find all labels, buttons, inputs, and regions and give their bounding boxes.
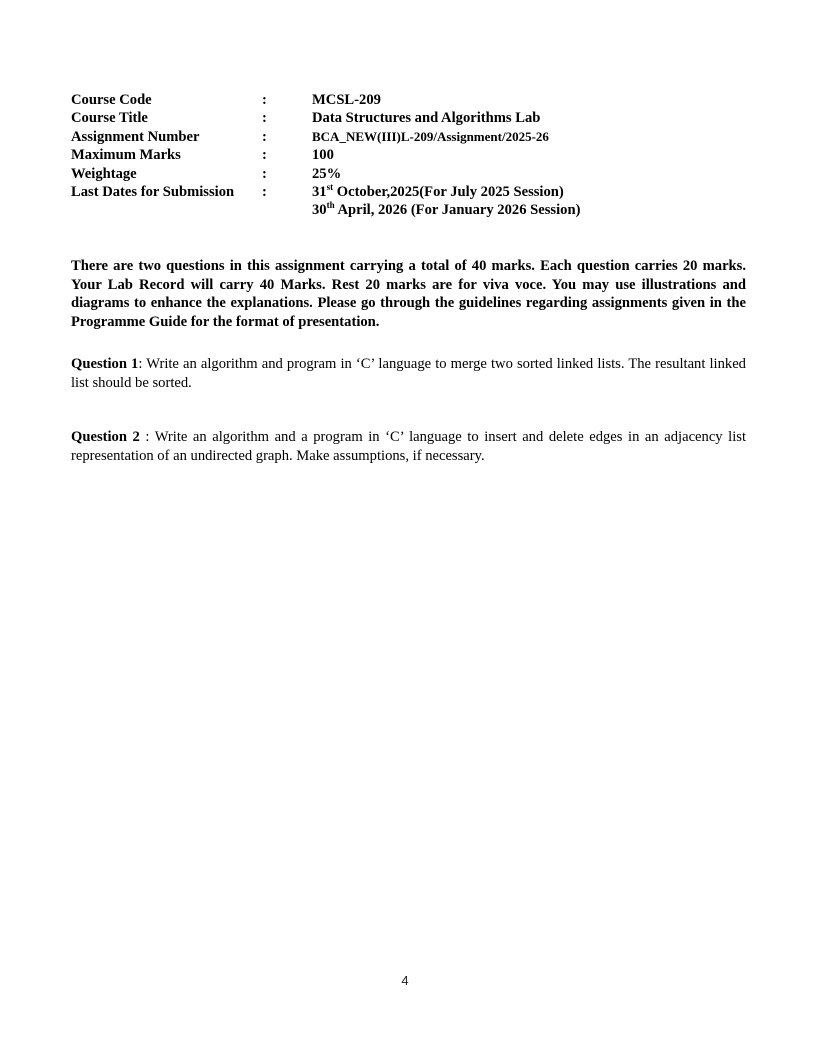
colon: : [262, 146, 267, 164]
assignment-number-label: Assignment Number [71, 128, 200, 146]
course-title-value: Data Structures and Algorithms Lab [312, 109, 540, 127]
colon: : [262, 165, 267, 183]
course-title-label: Course Title [71, 109, 148, 127]
submission-date-january: 30th April, 2026 (For January 2026 Sessi… [312, 201, 580, 219]
date-suffix: th [327, 200, 335, 210]
assignment-instructions: There are two questions in this assignme… [71, 257, 746, 331]
colon: : [262, 128, 267, 146]
question-1-label: Question 1 [71, 356, 138, 372]
course-code-label: Course Code [71, 91, 152, 109]
date-text: April, 2026 (For January 2026 Session) [335, 202, 581, 218]
maximum-marks-value: 100 [312, 146, 334, 164]
question-1: Question 1: Write an algorithm and progr… [71, 355, 746, 392]
weightage-label: Weightage [71, 165, 137, 183]
assignment-number-value: BCA_NEW(III)L-209/Assignment/2025-26 [312, 128, 549, 146]
submission-dates-label: Last Dates for Submission [71, 183, 234, 201]
question-2: Question 2 : Write an algorithm and a pr… [71, 428, 746, 465]
colon: : [262, 183, 267, 201]
document-page: Course Code : MCSL-209 Course Title : Da… [0, 0, 816, 1056]
question-2-label: Question 2 [71, 429, 140, 445]
colon: : [262, 109, 267, 127]
submission-date-july: 31st October,2025(For July 2025 Session) [312, 183, 564, 201]
date-day: 31 [312, 184, 327, 200]
date-day: 30 [312, 202, 327, 218]
course-code-value: MCSL-209 [312, 91, 381, 109]
colon: : [262, 91, 267, 109]
question-separator: : [140, 429, 155, 445]
question-2-text: Write an algorithm and a program in ‘C’ … [71, 429, 746, 464]
page-number: 4 [0, 973, 810, 988]
date-text: October,2025(For July 2025 Session) [333, 184, 564, 200]
weightage-value: 25% [312, 165, 341, 183]
maximum-marks-label: Maximum Marks [71, 146, 181, 164]
question-1-text: Write an algorithm and program in ‘C’ la… [71, 356, 746, 391]
